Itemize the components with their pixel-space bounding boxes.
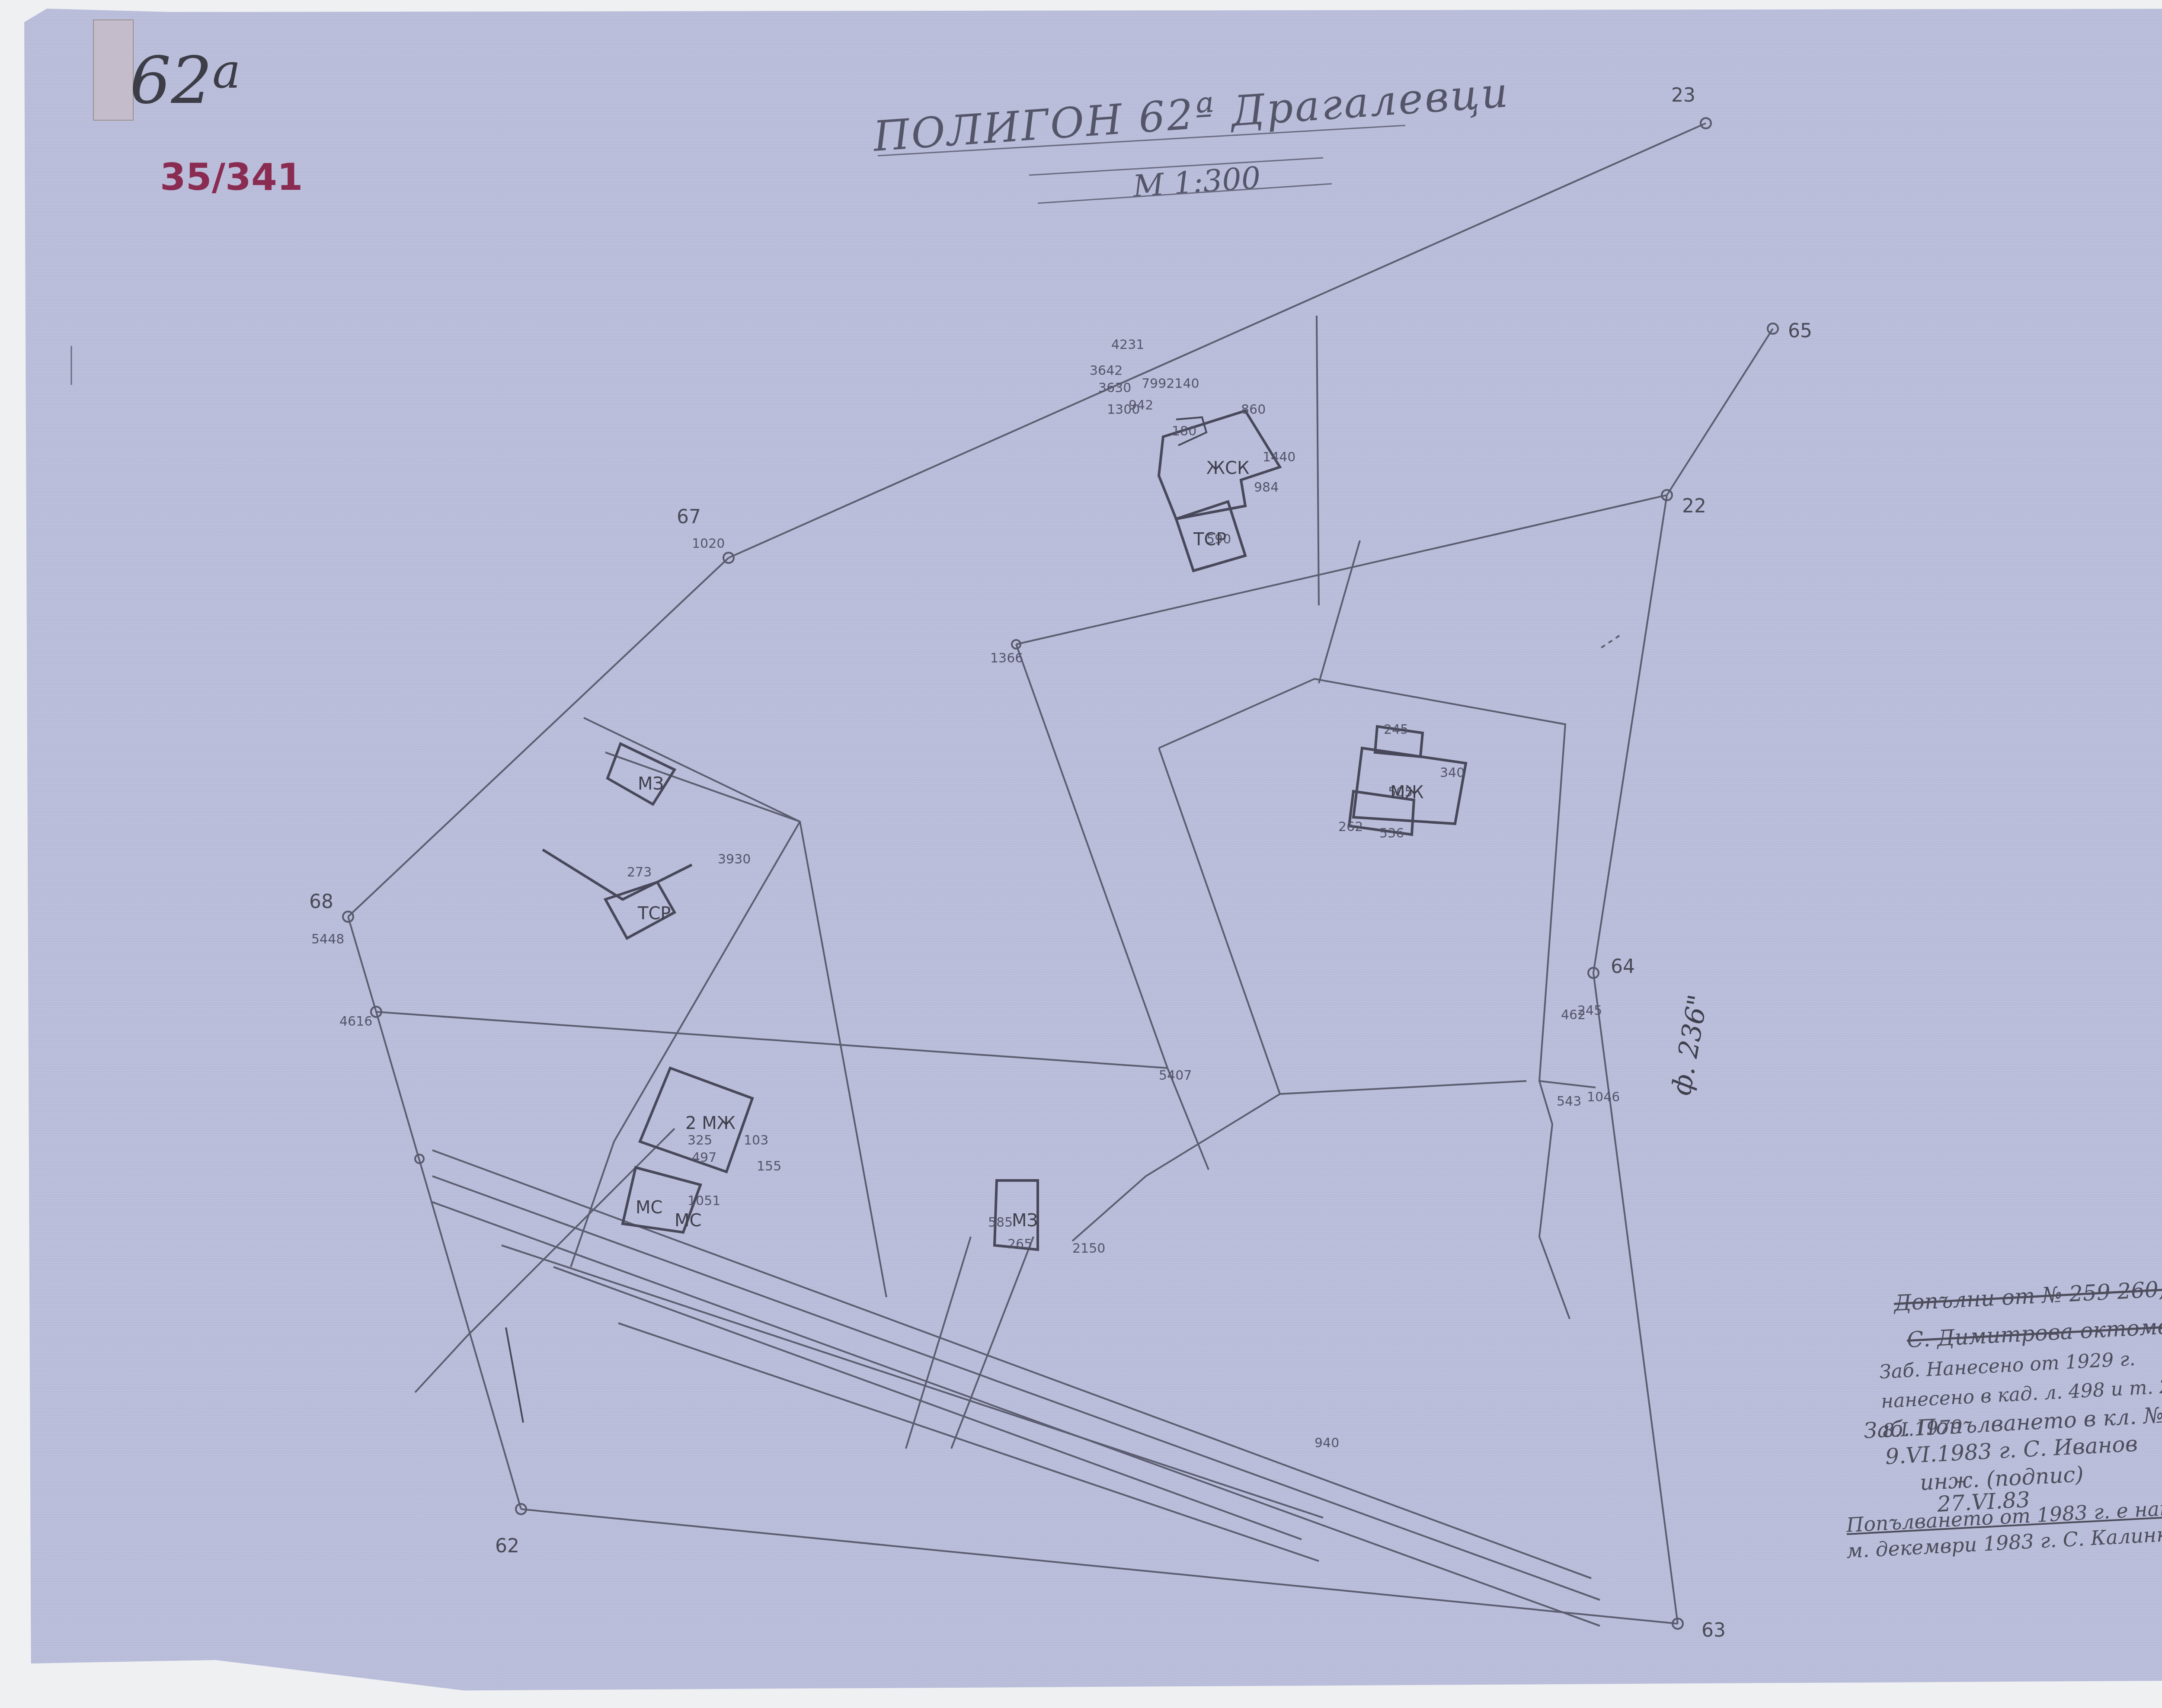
measurement-label: 3642 [1090, 363, 1123, 378]
measurement-label: 180 [1172, 424, 1196, 439]
measurement-label: 3630 [1098, 381, 1131, 396]
measurement-label: 585 [988, 1215, 1013, 1230]
building-label: МЖ [1390, 783, 1424, 803]
building-label: ТСР [638, 904, 671, 924]
building-label: МС [675, 1211, 701, 1231]
measurement-label: 497 [692, 1150, 716, 1165]
station-label-68: 68 [309, 891, 333, 913]
measurement-label: 4231 [1111, 337, 1144, 352]
measurement-label: 1046 [1587, 1090, 1620, 1105]
measurement-label: 536 [1379, 826, 1404, 841]
measurement-label: 273 [627, 865, 652, 880]
building-label: ТСР [1193, 530, 1226, 550]
measurement-label: 984 [1254, 480, 1279, 495]
measurement-label: 265 [1007, 1237, 1032, 1252]
measurement-label: 103 [744, 1133, 768, 1148]
measurement-label: 340 [1440, 765, 1465, 780]
distance-label: 5407 [1159, 1068, 1192, 1083]
distance-label: 4616 [339, 1014, 372, 1029]
measurement-label: 462 [1561, 1008, 1586, 1023]
station-label-67: 67 [677, 506, 701, 528]
building-label: МС [636, 1198, 662, 1218]
measurement-label: 1440 [1263, 450, 1295, 465]
building-label: ЖСК [1206, 458, 1249, 478]
distance-label: 1020 [692, 536, 725, 551]
measurement-label: 7992140 [1142, 376, 1199, 391]
building-label: 2 МЖ [685, 1113, 736, 1133]
distance-label: 2150 [1072, 1241, 1105, 1256]
measurement-label: 940 [1314, 1436, 1339, 1451]
station-label-65: 65 [1788, 320, 1812, 342]
station-label-62: 62 [495, 1535, 519, 1557]
measurement-label: 1051 [688, 1193, 720, 1209]
measurement-label: 325 [688, 1133, 712, 1148]
distance-label: 3930 [718, 852, 751, 867]
measurement-label: 155 [757, 1159, 781, 1174]
building-label: МЗ [1012, 1211, 1038, 1231]
building-label: МЗ [638, 774, 664, 794]
distance-label: 1366 [990, 651, 1023, 666]
measurement-label: 942 [1129, 398, 1153, 413]
measurement-label: 543 [1557, 1094, 1581, 1109]
measurement-label: 262 [1338, 819, 1363, 835]
station-label-22: 22 [1682, 495, 1706, 517]
measurement-label: 860 [1241, 402, 1266, 417]
station-label-23: 23 [1671, 84, 1695, 106]
distance-label: 5448 [311, 932, 344, 947]
measurement-label: 245 [1384, 722, 1408, 737]
title-underlines [0, 0, 2162, 1708]
station-label-64: 64 [1611, 956, 1635, 978]
station-label-63: 63 [1701, 1619, 1726, 1641]
